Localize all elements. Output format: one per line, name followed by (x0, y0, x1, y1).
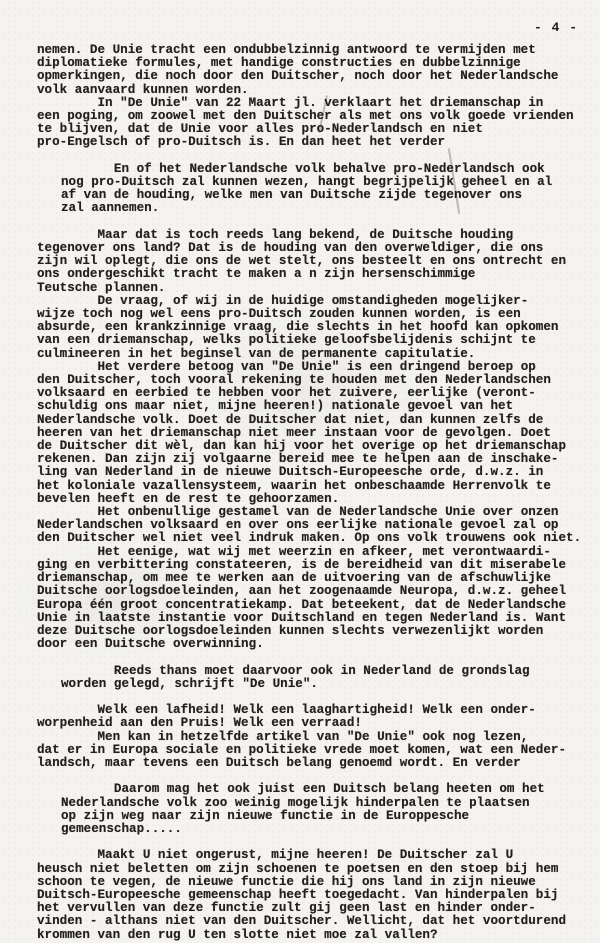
paragraph: Men kan in hetzelfde artikel van "De Uni… (37, 731, 586, 771)
paragraph: De vraag, of wij in de huidige omstandig… (37, 295, 586, 361)
document-body: nemen. De Unie tracht een ondubbelzinnig… (37, 44, 586, 942)
paragraph: Maakt U niet ongerust, mijne heeren! De … (37, 849, 586, 941)
paragraph: Welk een lafheid! Welk een laaghartighei… (37, 704, 586, 730)
quote-block: Reeds thans moet daarvoor ook in Nederla… (61, 665, 586, 691)
paragraph: Het verdere betoog van "De Unie" is een … (37, 361, 586, 506)
typewritten-page: { "page": { "number_label": "- 4 -", "pa… (0, 0, 600, 943)
paragraph: Het onbenullige gestamel van de Nederlan… (37, 506, 586, 546)
paragraph: Maar dat is toch reeds lang bekend, de D… (37, 229, 586, 295)
quote-block: En of het Nederlandsche volk behalve pro… (61, 163, 586, 216)
page-number: - 4 - (534, 20, 578, 35)
paragraph: Het eenige, wat wij met weerzin en afkee… (37, 546, 586, 652)
paragraph: In "De Unie" van 22 Maart jl. verklaart … (37, 97, 586, 150)
quote-block: Daarom mag het ook juist een Duitsch bel… (61, 783, 586, 836)
paragraph: nemen. De Unie tracht een ondubbelzinnig… (37, 44, 586, 97)
